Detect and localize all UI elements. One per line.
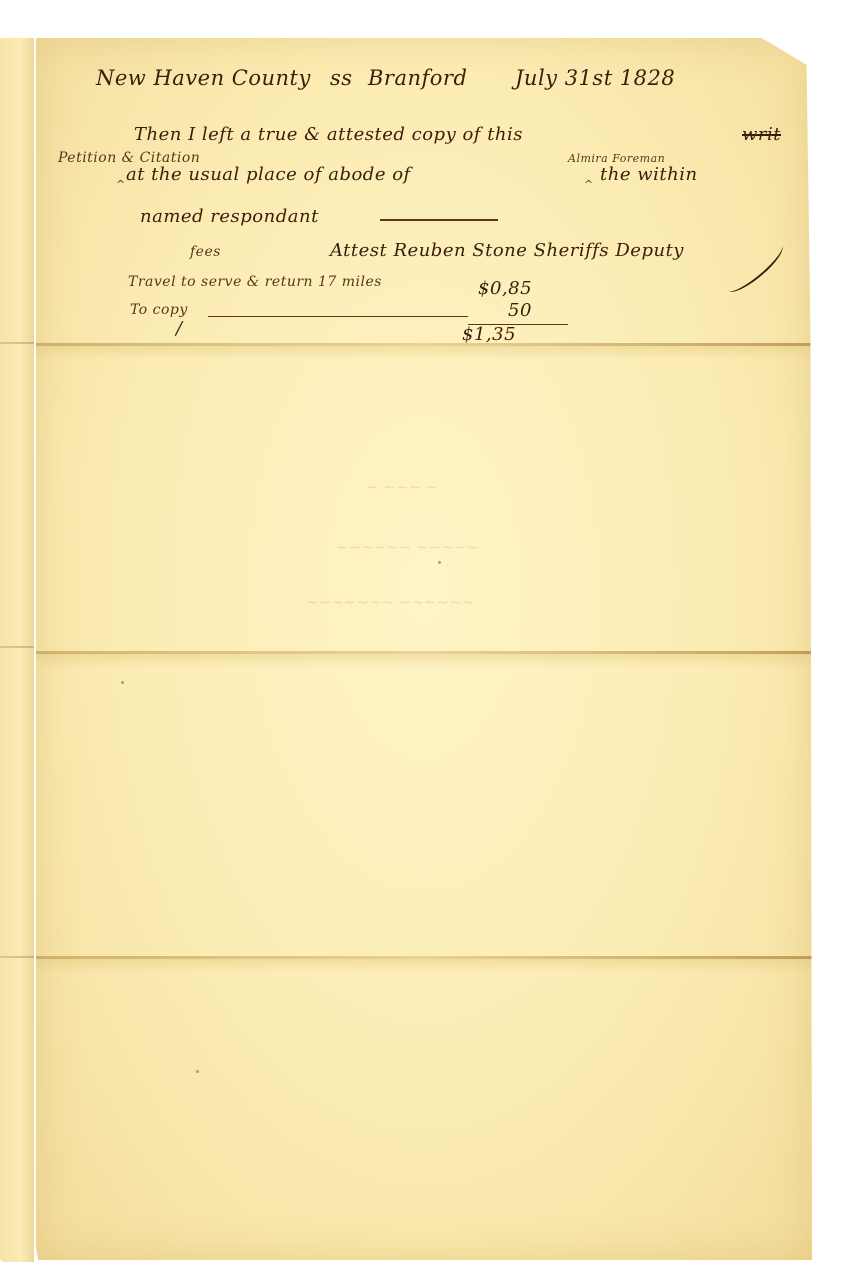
bleed-through-text: ~~~~~~~ ~~~~~~ (306, 593, 474, 611)
line-filler (208, 316, 468, 317)
header-date: July 31st 1828 (515, 66, 675, 90)
caret-mark: ^ (584, 178, 594, 191)
bleed-through-text: ~~~~~~ ~~~~~ (336, 538, 479, 556)
header-town: Branford (368, 66, 467, 90)
fold-line (0, 956, 34, 958)
fold-line (0, 646, 34, 648)
fee-amount-travel: $0,85 (478, 278, 532, 299)
struck-word: writ (742, 124, 781, 145)
fee-item-travel: Travel to serve & return 17 miles (128, 274, 382, 290)
fold-line (0, 342, 34, 344)
fee-amount-copy: 50 (508, 300, 532, 321)
bleed-through-text: ~ ~~~ ~ (366, 478, 438, 496)
foxing-spot (438, 561, 441, 564)
fee-item-copy: To copy (130, 302, 188, 318)
document-scan: ~ ~~~ ~ ~~~~~~ ~~~~~ ~~~~~~~ ~~~~~~ New … (0, 0, 850, 1288)
paragraph-mark: / (176, 318, 183, 339)
crease-shade (36, 959, 812, 973)
body-line-1: Then I left a true & attested copy of th… (134, 124, 523, 145)
header-place: New Haven County (96, 66, 311, 90)
foxing-spot (196, 1070, 199, 1073)
signature: Attest Reuben Stone Sheriffs Deputy (330, 240, 684, 261)
crease-shade (36, 654, 812, 668)
line-filler (380, 219, 498, 221)
caret-mark: ^ (116, 178, 126, 191)
adjacent-page-strip (0, 38, 34, 1262)
body-line-3: named respondant (140, 206, 319, 227)
fee-total: $1,35 (462, 324, 516, 345)
fees-label: fees (190, 244, 221, 260)
body-line-2: at the usual place of abode of (126, 164, 411, 185)
crease-shade (36, 346, 812, 360)
header-abbrev: ss (330, 66, 353, 90)
foxing-spot (121, 681, 124, 684)
body-line-2-end: the within (600, 164, 698, 185)
